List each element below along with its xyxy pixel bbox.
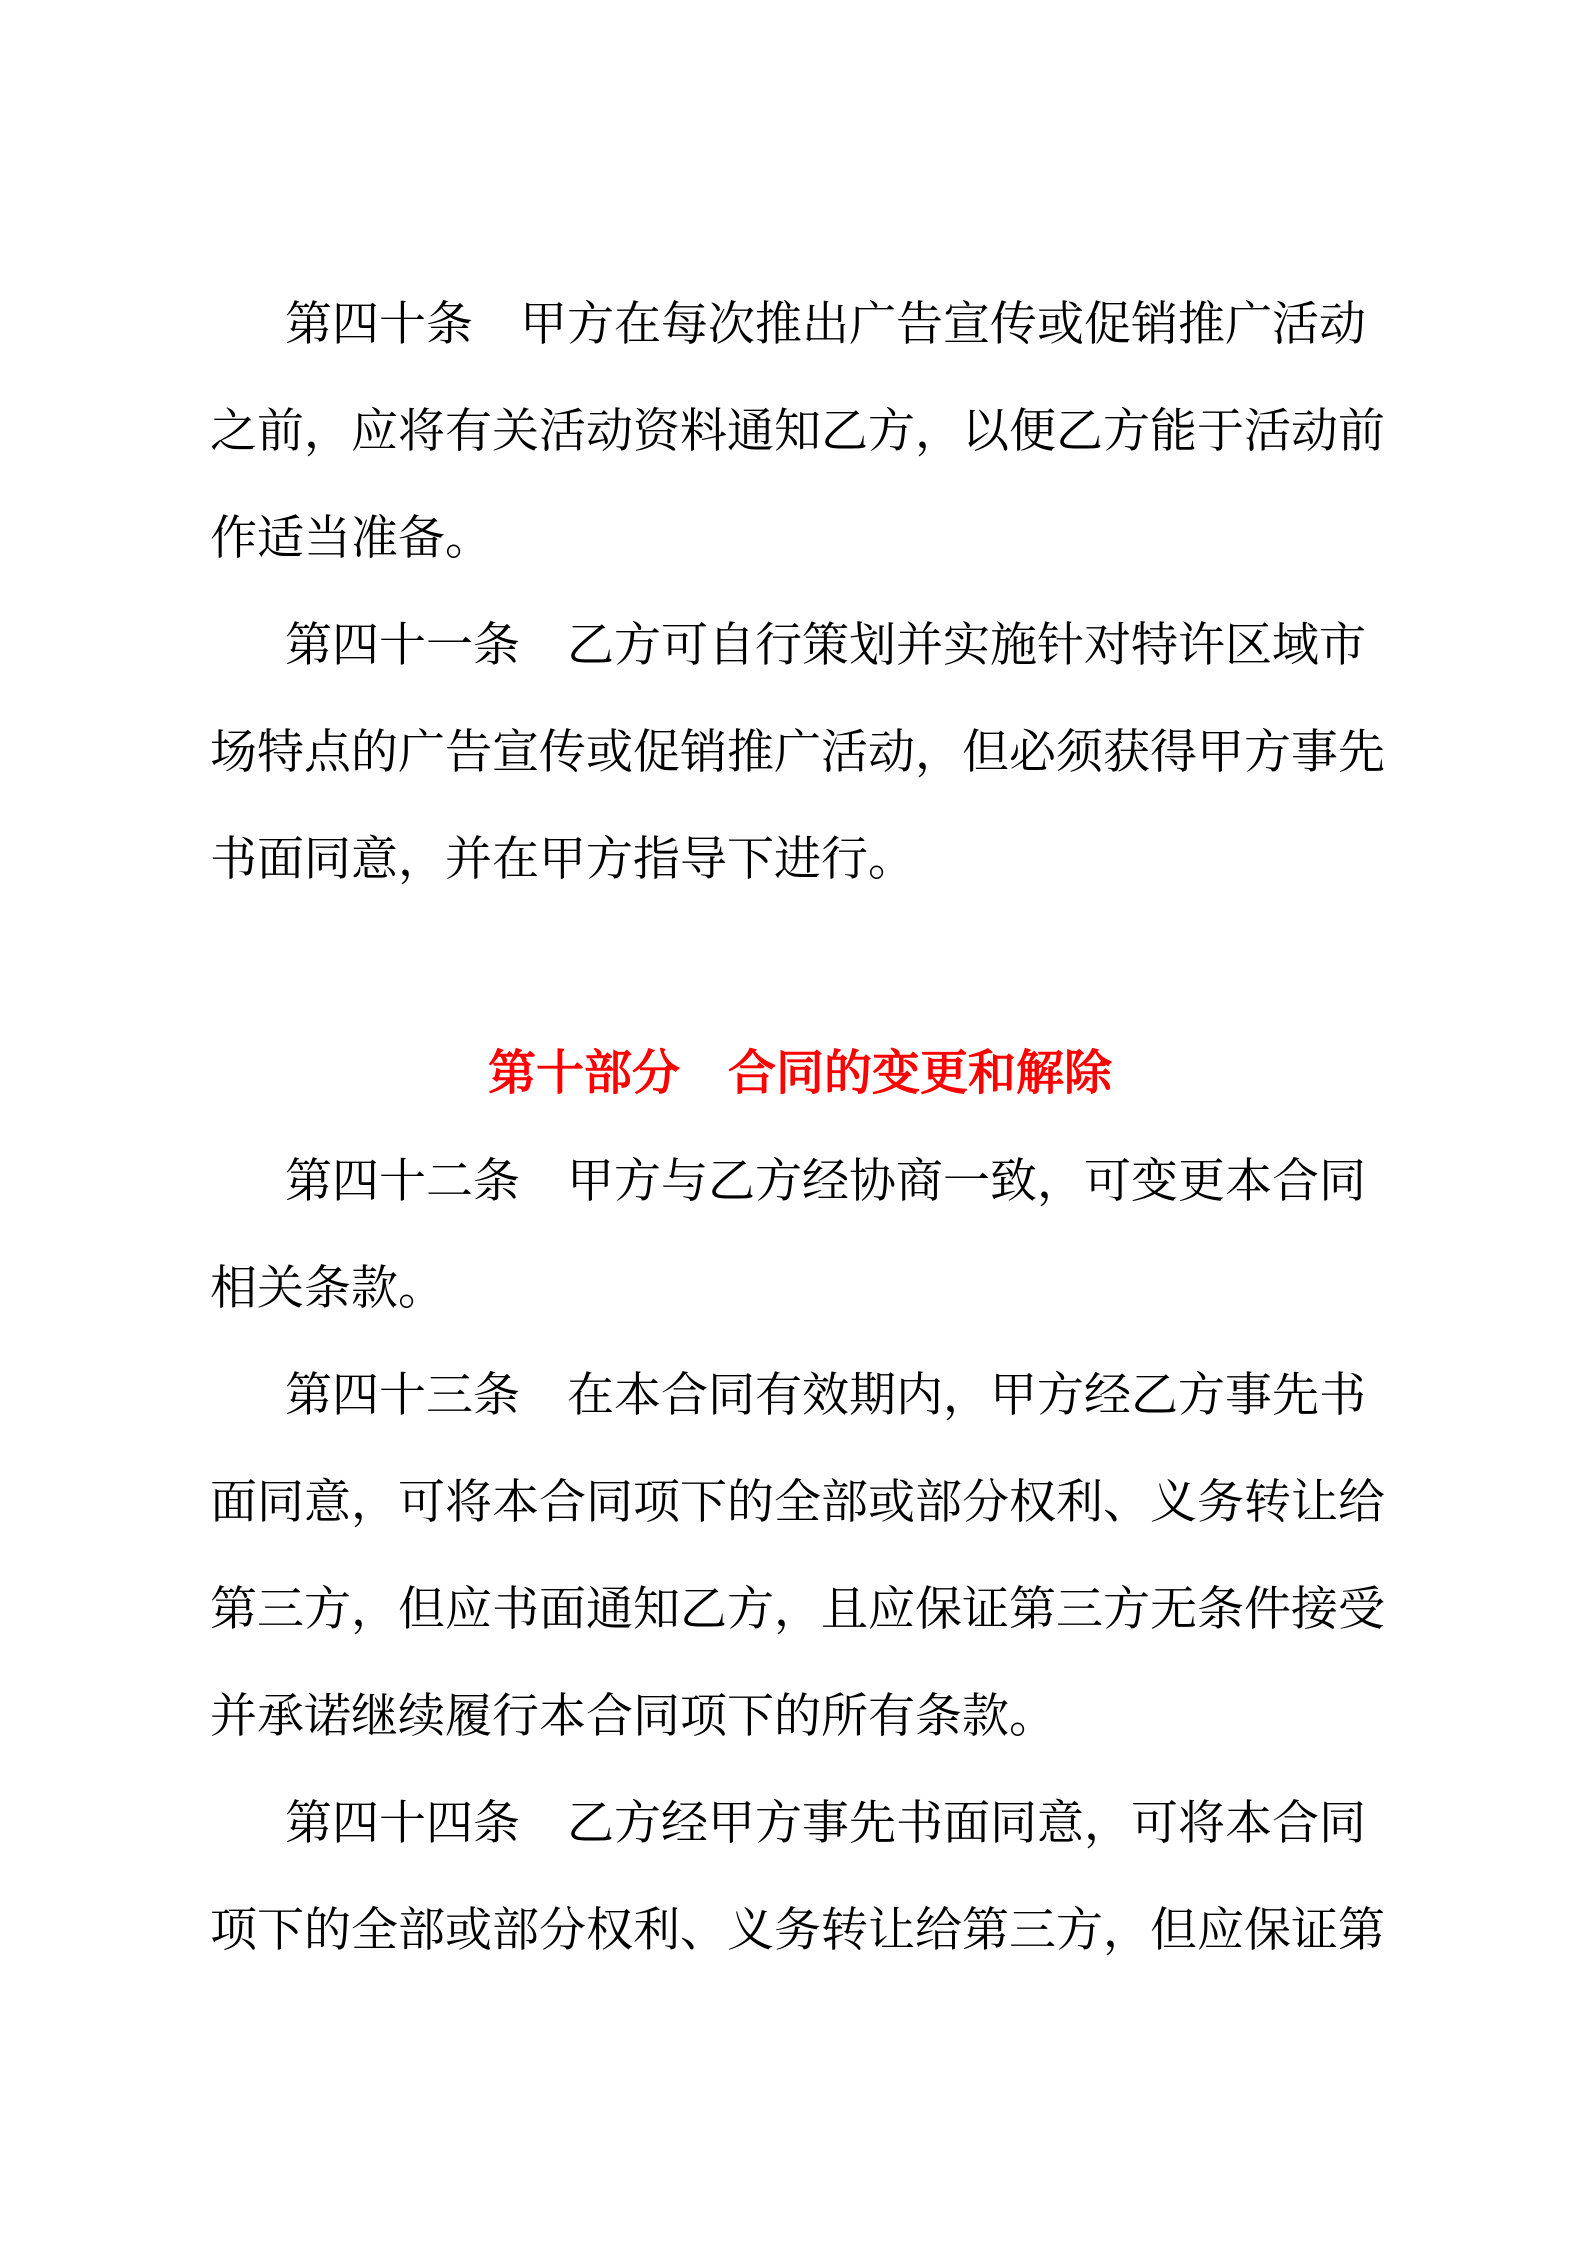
- contract-line: 相关条款。: [210, 1234, 1390, 1341]
- contract-line: 并承诺继续履行本合同项下的所有条款。: [210, 1662, 1390, 1769]
- section-heading: 第十部分 合同的变更和解除: [210, 1020, 1390, 1127]
- contract-line: 面同意，可将本合同项下的全部或部分权利、义务转让给: [210, 1448, 1390, 1555]
- contract-line: 项下的全部或部分权利、义务转让给第三方，但应保证第: [210, 1876, 1390, 1983]
- contract-line: 第四十四条 乙方经甲方事先书面同意，可将本合同: [210, 1769, 1390, 1876]
- contract-line: 第四十三条 在本合同有效期内，甲方经乙方事先书: [210, 1341, 1390, 1448]
- contract-line: 之前，应将有关活动资料通知乙方，以便乙方能于活动前: [210, 377, 1390, 484]
- contract-line: 作适当准备。: [210, 484, 1390, 591]
- paragraph-spacer: [210, 913, 1390, 1020]
- contract-line: 第四十二条 甲方与乙方经协商一致，可变更本合同: [210, 1127, 1390, 1234]
- contract-text-block: 第四十条 甲方在每次推出广告宣传或促销推广活动之前，应将有关活动资料通知乙方，以…: [210, 270, 1390, 1984]
- contract-line: 第三方，但应书面通知乙方，且应保证第三方无条件接受: [210, 1555, 1390, 1662]
- contract-line: 书面同意，并在甲方指导下进行。: [210, 805, 1390, 912]
- contract-line: 第四十一条 乙方可自行策划并实施针对特许区域市: [210, 591, 1390, 698]
- document-page: 第四十条 甲方在每次推出广告宣传或促销推广活动之前，应将有关活动资料通知乙方，以…: [0, 0, 1587, 2245]
- contract-line: 第四十条 甲方在每次推出广告宣传或促销推广活动: [210, 270, 1390, 377]
- contract-line: 场特点的广告宣传或促销推广活动，但必须获得甲方事先: [210, 698, 1390, 805]
